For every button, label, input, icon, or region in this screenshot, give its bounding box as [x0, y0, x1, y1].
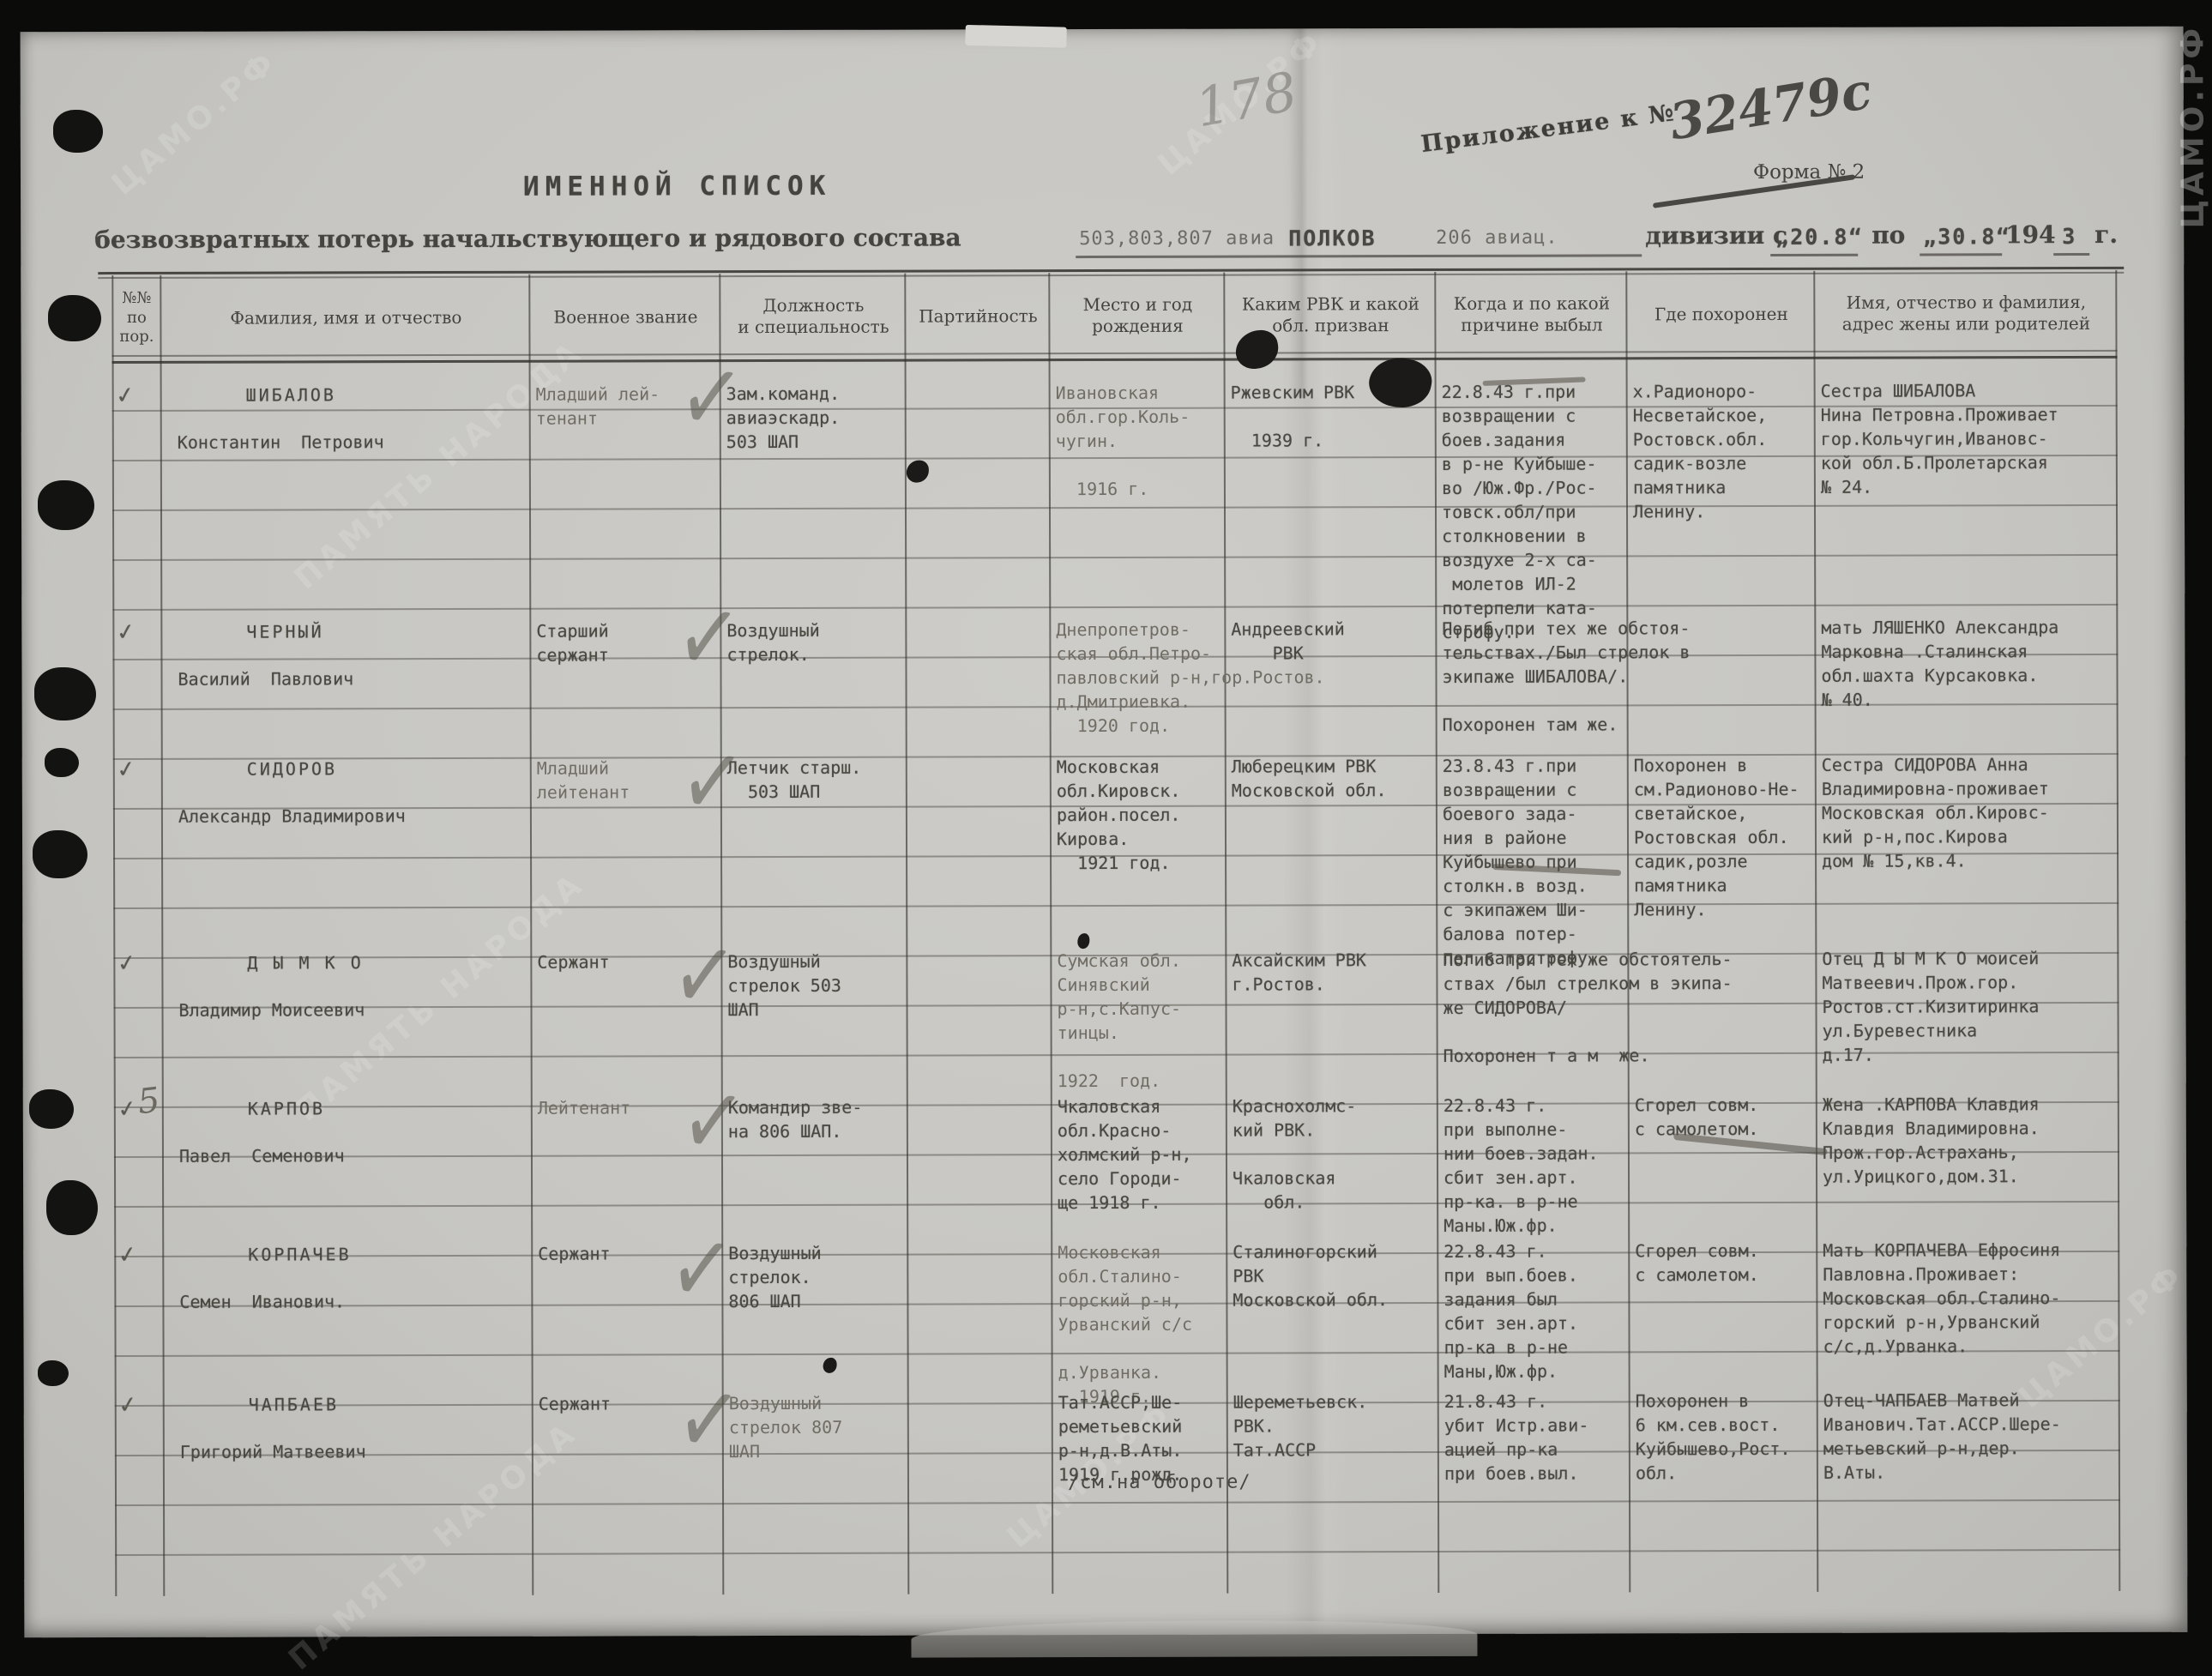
- punch-hole: [33, 830, 87, 878]
- table-row: ✓ Д Ы М К ОВладимир Моисеевич Сержант Во…: [113, 946, 2119, 1095]
- subtitle-printed: безвозвратных потерь начальствующего и р…: [94, 223, 961, 254]
- punch-hole: [46, 1180, 98, 1235]
- subtitle-division-typed: 206 авиац.: [1436, 222, 1558, 249]
- punch-hole: [34, 667, 96, 720]
- col-header-birth: Место и год рождения: [1050, 273, 1225, 359]
- person-name: Павел Семенович: [169, 1143, 527, 1168]
- subtitle-year-typed: 3: [2062, 220, 2076, 249]
- cause-cell: 22.8.43 г.при возвращении с боев.задания…: [1437, 379, 1629, 644]
- person-surname: СИДОРОВ: [168, 757, 527, 781]
- rvk-cell: Сталиногорский РВК Московской обл.: [1227, 1239, 1439, 1408]
- party-cell: [907, 618, 1051, 738]
- cause-cell: Погиб при тех же обстоя- тельствах./Был …: [1437, 616, 1816, 737]
- birth-cell: Чкаловская обл.Красно- холмский р-н, сел…: [1052, 1094, 1227, 1239]
- position-cell: Командир зве- на 806 ШАП.: [723, 1095, 908, 1240]
- table-row: ✓ ШИБАЛОВКонстантин Петрович Младший лей…: [112, 378, 2119, 648]
- family-cell: Отец-ЧАПБАЕВ Матвей Иванович.Тат.АССР.Ше…: [1818, 1388, 2120, 1485]
- margin-check-mark: ✓: [117, 757, 136, 782]
- col-header-position: Должность и специальность: [720, 274, 906, 360]
- form-blank-underline: [1920, 253, 2002, 256]
- person-name: Константин Петрович: [167, 430, 526, 455]
- person-name: Василий Павлович: [167, 666, 526, 691]
- rvk-cell: Ржевским РВК 1939 г.: [1226, 380, 1437, 645]
- position-cell: Зам.команд. авиаэскадр. 503 ШАП: [721, 382, 907, 647]
- rvk-cell: Люберецким РВК Московской обл.: [1227, 754, 1438, 971]
- position-cell: Воздушный стрелок 807 ШАП: [724, 1391, 909, 1488]
- casualty-table: №№ по пор. Фамилия, имя и отчество Военн…: [112, 270, 2120, 1596]
- table-row: ✓ ЧЕРНЫЙВасилий Павлович Старший сержант…: [112, 615, 2118, 740]
- col-header-cause: Когда и по какой причине выбыл: [1436, 271, 1627, 358]
- rvk-cell: Аксайским РВК г.Ростов.: [1227, 948, 1437, 1093]
- subtitle-units-typed: 503,803,807 авиа: [1079, 222, 1275, 250]
- punch-hole: [29, 1089, 74, 1129]
- party-cell: [907, 381, 1052, 645]
- punch-hole: [53, 110, 103, 153]
- margin-check-mark: ✓: [118, 1242, 136, 1268]
- person-surname: Д Ы М К О: [168, 950, 527, 975]
- watermark: ЦАМО.РФ: [2175, 24, 2211, 229]
- table-row: ✓ КАРПОВПавел Семенович Лейтенант Команд…: [114, 1092, 2119, 1241]
- col-header-family: Имя, отчество и фамилия, адрес жены или …: [1815, 270, 2117, 357]
- handwritten-row-number: 5: [136, 1081, 161, 1122]
- person-surname: КОРПАЧЕВ: [169, 1242, 527, 1267]
- col-header-name: Фамилия, имя и отчество: [161, 274, 530, 361]
- cause-cell: Погиб при тех же обстоятель- ствах /был …: [1437, 947, 1817, 1092]
- col-header-party: Партийность: [906, 273, 1050, 359]
- position-cell: Воздушный стрелок.: [721, 618, 907, 739]
- person-surname: ЧЕРНЫЙ: [167, 619, 526, 644]
- punch-hole: [38, 1360, 69, 1386]
- subtitle-printed: г.: [2094, 220, 2118, 249]
- margin-check-mark: ✓: [116, 619, 135, 645]
- birth-cell: Днепропетров- ская обл.Петро- павловский…: [1051, 618, 1226, 739]
- burial-cell: Похоронен в 6 км.сев.вост. Куйбышево,Рос…: [1630, 1389, 1818, 1486]
- table-row: ✓ КОРПАЧЕВСемен Иванович. Сержант Воздуш…: [114, 1238, 2120, 1411]
- subtitle-date-from: „20.8“: [1775, 221, 1863, 250]
- person-name: Григорий Матвеевич: [170, 1439, 528, 1464]
- person-name: Александр Владимирович: [168, 804, 527, 829]
- subtitle-printed: по: [1871, 221, 1905, 250]
- punch-hole: [45, 748, 79, 777]
- party-cell: [907, 949, 1052, 1093]
- burial-cell: Сгорел совм. с самолетом.: [1630, 1093, 1817, 1238]
- party-cell: [908, 1094, 1052, 1239]
- family-cell: Жена .КАРПОВА Клавдия Клавдия Владимиров…: [1817, 1092, 2119, 1237]
- person-name: Семен Иванович.: [169, 1289, 527, 1314]
- party-cell: [909, 1390, 1053, 1486]
- form-blank-underline: [1770, 254, 1858, 256]
- person-surname: КАРПОВ: [169, 1096, 527, 1121]
- subtitle-printed: дивизии с: [1645, 221, 1787, 250]
- margin-check-mark: ✓: [117, 950, 136, 976]
- margin-check-mark: ✓: [118, 1096, 136, 1122]
- margin-check-mark: ✓: [118, 1392, 137, 1418]
- form-number-label: Форма № 2: [1753, 161, 1865, 184]
- family-cell: Мать КОРПАЧЕВА Ефросиня Павловна.Прожива…: [1817, 1238, 2120, 1407]
- rvk-cell: Андреевский РВК: [1226, 617, 1437, 738]
- cause-cell: 23.8.43 г.при возвращении с боевого зада…: [1437, 753, 1630, 970]
- person-name: Владимир Моисеевич: [168, 998, 527, 1022]
- paper-tear: [965, 25, 1067, 48]
- subtitle-printed: 194: [2005, 220, 2056, 249]
- col-header-number: №№ по пор.: [112, 275, 161, 361]
- subtitle-date-to: „30.8“: [1923, 220, 2010, 249]
- table-header-row: №№ по пор. Фамилия, имя и отчество Военн…: [112, 270, 2117, 364]
- cause-cell: 22.8.43 г. при выполне- нии боев.задан. …: [1438, 1093, 1630, 1238]
- birth-cell: Ивановская обл.гор.Коль- чугин. 1916 г.: [1051, 381, 1227, 646]
- birth-cell: Московская обл.Сталино- горский р-н, Урв…: [1052, 1240, 1228, 1409]
- family-cell: Сестра СИДОРОВА Анна Владимировна-прожив…: [1817, 752, 2119, 969]
- punch-hole: [38, 480, 94, 530]
- table-row: ✓ СИДОРОВАлександр Владимирович Младший …: [113, 752, 2119, 974]
- subtitle-polkov-typed: ПОЛКОВ: [1288, 222, 1376, 250]
- rvk-cell: Шереметьевск. РВК. Тат.АССР: [1228, 1390, 1439, 1486]
- family-cell: Сестра ШИБАЛОВА Нина Петровна.Проживает …: [1816, 378, 2119, 643]
- page-title: ИМЕННОЙ СПИСОК: [523, 171, 831, 202]
- rvk-cell: Краснохолмс- кий РВК. Чкаловская обл.: [1227, 1094, 1438, 1239]
- burial-cell: х.Радионоро- Несветайское, Ростовск.обл.…: [1628, 379, 1817, 644]
- cause-cell: 22.8.43 г. при вып.боев. задания был сби…: [1438, 1239, 1630, 1408]
- party-cell: [907, 755, 1052, 971]
- document-sheet: ЦАМО.РФ ЦАМО.РФ ЦАМО.РФ ПАМЯТЬ НАРОДА ПА…: [0, 0, 2212, 1676]
- punch-hole: [48, 295, 101, 341]
- family-cell: мать ЛЯШЕНКО Александра Марковна .Сталин…: [1816, 615, 2118, 736]
- family-cell: Отец Д Ы М К О моисей Матвеевич.Прож.гор…: [1817, 946, 2119, 1091]
- person-surname: ЧАПБАЕВ: [170, 1392, 528, 1417]
- cause-cell: 21.8.43 г. убит Истр.ави- ацией пр-ка пр…: [1439, 1389, 1630, 1486]
- scan-background: ЦАМО.РФ ЦАМО.РФ ЦАМО.РФ ПАМЯТЬ НАРОДА ПА…: [0, 0, 2212, 1676]
- burial-cell: Похоронен в см.Радионово-Не- светайское,…: [1629, 753, 1817, 970]
- position-cell: Летчик старш. 503 ШАП: [722, 756, 908, 973]
- paper-bottom-edge: [911, 1620, 1477, 1658]
- birth-cell: Сумская обл. Синявский р-н,с.Капус- тинц…: [1052, 949, 1227, 1094]
- party-cell: [908, 1240, 1053, 1408]
- position-cell: Воздушный стрелок 503 ШАП: [722, 950, 907, 1094]
- col-header-burial: Где похоронен: [1627, 271, 1815, 358]
- table-body: ✓ ШИБАЛОВКонстантин Петрович Младший лей…: [112, 356, 2121, 1596]
- burial-cell: Сгорел совм. с самолетом.: [1630, 1239, 1818, 1408]
- person-surname: ШИБАЛОВ: [167, 383, 526, 407]
- form-blank-underline: [2053, 253, 2089, 256]
- position-cell: Воздушный стрелок. 806 ШАП: [723, 1241, 909, 1410]
- margin-check-mark: ✓: [116, 383, 135, 408]
- footer-note: /см.на обороте/: [1068, 1472, 1251, 1494]
